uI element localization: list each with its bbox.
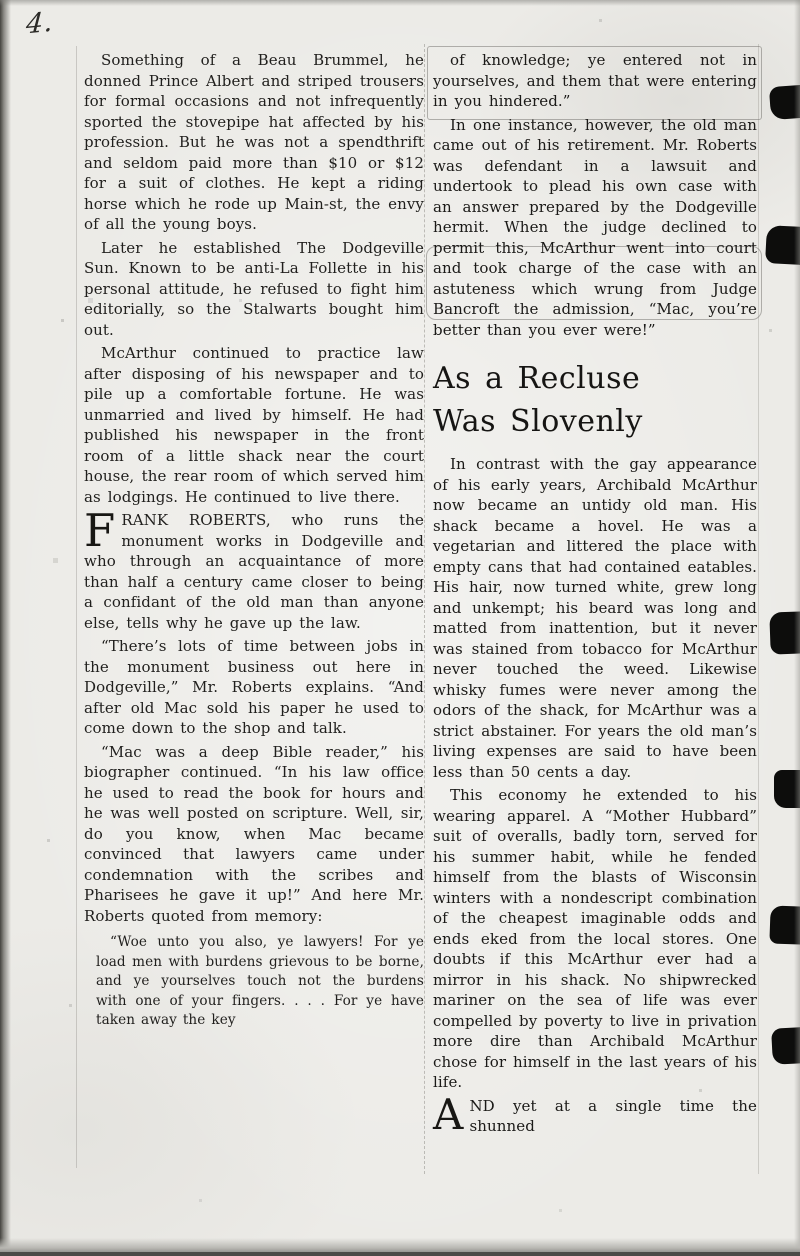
paragraph: In one instance, however, the old man ca… [433,115,757,341]
section-headline: As a Recluse Was Slovenly [433,357,757,443]
handwritten-page-number: 4. [25,6,55,40]
scan-edge-bottom-line [0,1252,800,1256]
clipping-edge-right [758,44,759,1174]
right-column: of knowledge; ye entered not in yourselv… [433,50,757,1140]
dropcap-initial: A [433,1096,469,1132]
scan-edge-left [0,0,11,1256]
scanned-newspaper-page: 4. Something of a Beau Brummel, he donne… [0,0,800,1256]
clipping-edge-left [76,46,77,1168]
scripture-quote: “Woe unto you also, ye lawyers! For ye l… [96,933,424,1031]
paragraph-with-dropcap: AND yet at a single time the shunned [433,1096,757,1137]
paragraph-with-dropcap: FRANK ROBERTS, who runs the monument wor… [84,510,424,633]
column-divider [424,44,425,1174]
paragraph: “Mac was a deep Bible reader,” his biogr… [84,742,424,927]
paragraph: McArthur continued to practice law after… [84,343,424,507]
scan-edge-right [794,0,800,1256]
dropcap-initial: F [84,510,121,549]
paragraph: Something of a Beau Brummel, he donned P… [84,50,424,235]
headline-line-2: Was Slovenly [433,400,757,443]
paragraph: Later he established The Dodgeville Sun.… [84,238,424,341]
scan-edge-top [0,0,800,6]
paragraph: This economy he extended to his wearing … [433,785,757,1093]
paragraph: In contrast with the gay appearance of h… [433,454,757,782]
paragraph: of knowledge; ye entered not in yourselv… [433,50,757,112]
paragraph: “There’s lots of time between jobs in th… [84,636,424,739]
paragraph-text: ND yet at a single time the shunned [469,1097,757,1136]
paragraph-text: RANK ROBERTS, who runs the monument work… [84,511,424,632]
left-column: Something of a Beau Brummel, he donned P… [84,50,424,1031]
headline-line-1: As a Recluse [433,357,757,400]
